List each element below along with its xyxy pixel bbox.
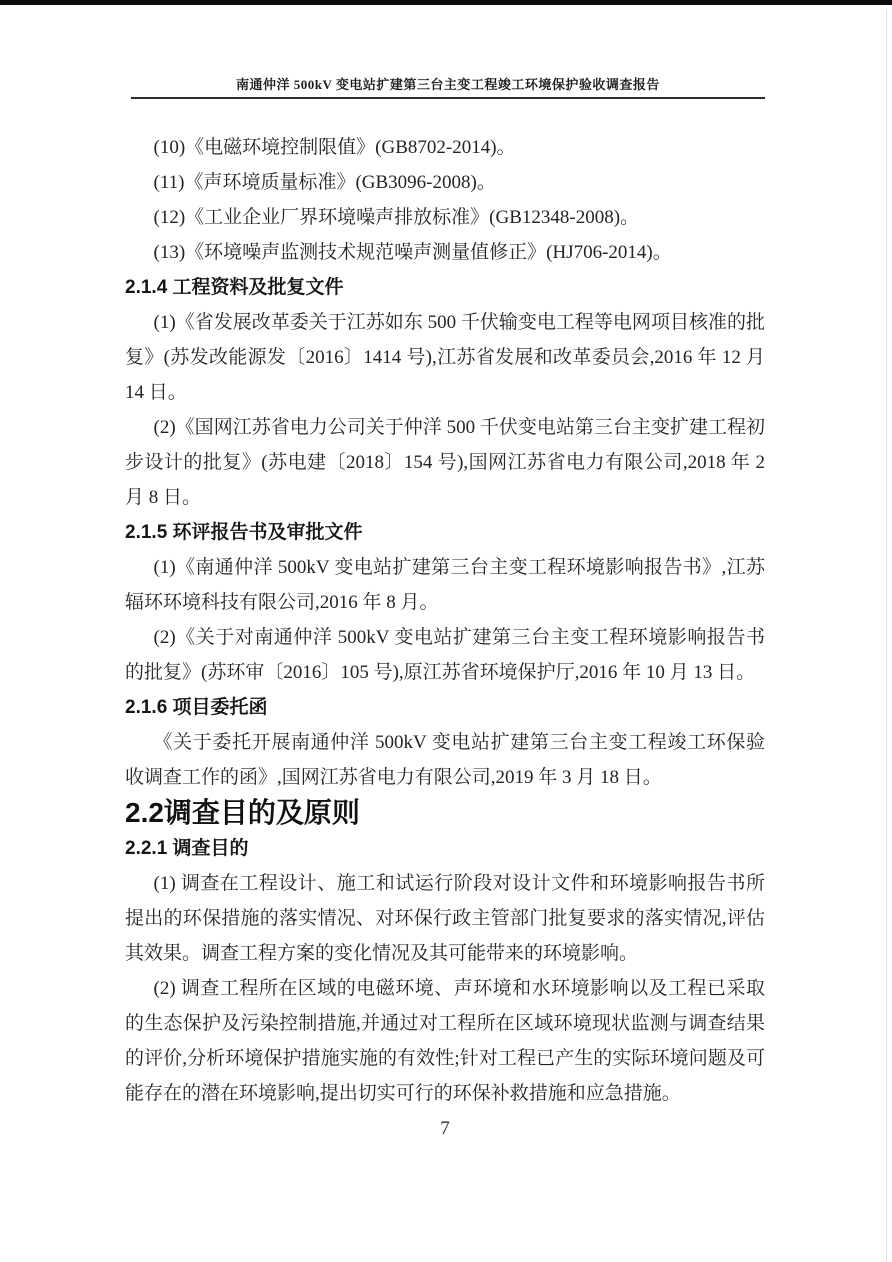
paragraph: (2)《国网江苏省电力公司关于仲洋 500 千伏变电站第三台主变扩建工程初步设计…	[125, 410, 765, 515]
reference-item: (13)《环境噪声监测技术规范噪声测量值修正》(HJ706-2014)。	[125, 235, 765, 270]
paragraph: (2) 调查工程所在区域的电磁环境、声环境和水环境影响以及工程已采取的生态保护及…	[125, 971, 765, 1111]
paragraph: 《关于委托开展南通仲洋 500kV 变电站扩建第三台主变工程竣工环保验收调查工作…	[125, 725, 765, 795]
paragraph: (2)《关于对南通仲洋 500kV 变电站扩建第三台主变工程环境影响报告书的批复…	[125, 620, 765, 690]
paragraph: (1) 调查在工程设计、施工和试运行阶段对设计文件和环境影响报告书所提出的环保措…	[125, 866, 765, 971]
page-header: 南通仲洋 500kV 变电站扩建第三台主变工程竣工环境保护验收调查报告	[131, 0, 765, 99]
scan-edge-bar	[0, 0, 892, 5]
reference-item: (10)《电磁环境控制限值》(GB8702-2014)。	[125, 130, 765, 165]
page-number: 7	[125, 1111, 765, 1146]
page-body: (10)《电磁环境控制限值》(GB8702-2014)。 (11)《声环境质量标…	[125, 130, 765, 1146]
section-heading-2-1-4: 2.1.4 工程资料及批复文件	[125, 270, 765, 305]
section-heading-2-2-1: 2.2.1 调查目的	[125, 831, 765, 866]
section-heading-2-1-6: 2.1.6 项目委托函	[125, 690, 765, 725]
paragraph: (1)《省发展改革委关于江苏如东 500 千伏输变电工程等电网项目核准的批复》(…	[125, 305, 765, 410]
header-title: 南通仲洋 500kV 变电站扩建第三台主变工程竣工环境保护验收调查报告	[131, 74, 765, 99]
paragraph: (1)《南通仲洋 500kV 变电站扩建第三台主变工程环境影响报告书》,江苏辐环…	[125, 550, 765, 620]
document-page: 南通仲洋 500kV 变电站扩建第三台主变工程竣工环境保护验收调查报告 (10)…	[0, 0, 892, 1146]
section-heading-2-1-5: 2.1.5 环评报告书及审批文件	[125, 515, 765, 550]
reference-item: (12)《工业企业厂界环境噪声排放标准》(GB12348-2008)。	[125, 200, 765, 235]
chapter-heading-2-2: 2.2调查目的及原则	[125, 795, 765, 831]
reference-item: (11)《声环境质量标准》(GB3096-2008)。	[125, 165, 765, 200]
scan-page-edge-line	[886, 10, 887, 1262]
